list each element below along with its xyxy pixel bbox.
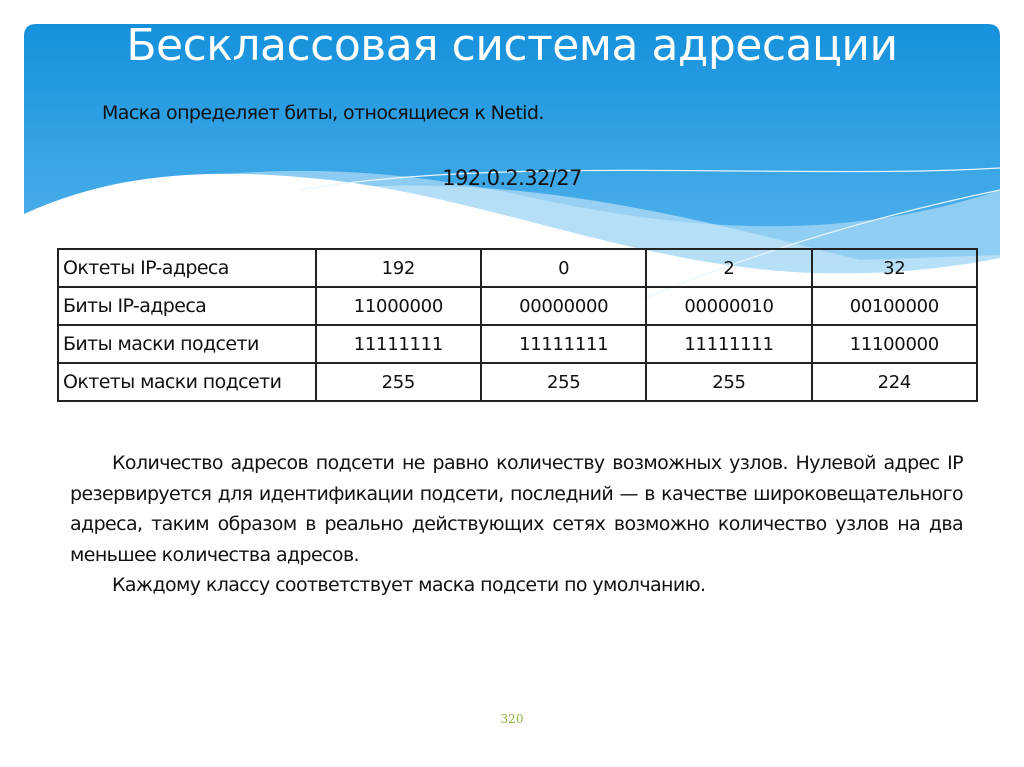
table-cell: 00100000 — [812, 287, 977, 325]
table-cell: 11100000 — [812, 325, 977, 363]
cidr-address: 192.0.2.32/27 — [0, 166, 1024, 190]
ip-address-table: Октеты IP-адреса 192 0 2 32 Биты IP-адре… — [57, 248, 978, 402]
table-cell: 11000000 — [316, 287, 481, 325]
row-label: Октеты маски подсети — [58, 363, 316, 401]
slide-subtitle: Маска определяет биты, относящиеся к Net… — [102, 102, 544, 124]
paragraph: Количество адресов подсети не равно коли… — [70, 448, 963, 570]
table-cell: 32 — [812, 249, 977, 287]
table-row: Биты IP-адреса 11000000 00000000 0000001… — [58, 287, 977, 325]
table-cell: 00000010 — [646, 287, 811, 325]
table-row: Октеты IP-адреса 192 0 2 32 — [58, 249, 977, 287]
table-cell: 224 — [812, 363, 977, 401]
page-number: 320 — [0, 712, 1024, 726]
table-cell: 00000000 — [481, 287, 646, 325]
body-text: Количество адресов подсети не равно коли… — [70, 448, 963, 601]
slide-title: Бесклассовая система адресации — [0, 20, 1024, 71]
table-cell: 255 — [646, 363, 811, 401]
table-cell: 11111111 — [481, 325, 646, 363]
table-row: Октеты маски подсети 255 255 255 224 — [58, 363, 977, 401]
table-cell: 255 — [316, 363, 481, 401]
table-cell: 192 — [316, 249, 481, 287]
slide: Бесклассовая система адресации Маска опр… — [0, 0, 1024, 767]
table-row: Биты маски подсети 11111111 11111111 111… — [58, 325, 977, 363]
table-cell: 11111111 — [646, 325, 811, 363]
table-cell: 2 — [646, 249, 811, 287]
table-cell: 255 — [481, 363, 646, 401]
row-label: Октеты IP-адреса — [58, 249, 316, 287]
row-label: Биты маски подсети — [58, 325, 316, 363]
paragraph: Каждому классу соответствует маска подсе… — [70, 570, 963, 601]
row-label: Биты IP-адреса — [58, 287, 316, 325]
table-cell: 11111111 — [316, 325, 481, 363]
table-cell: 0 — [481, 249, 646, 287]
